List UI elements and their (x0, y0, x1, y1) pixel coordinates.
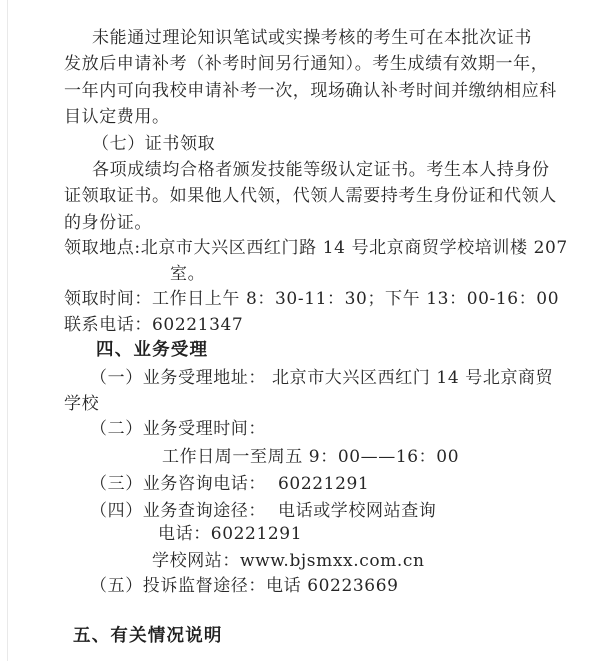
query-channel-line: （四）业务查询途径： 电话或学校网站查询 (90, 501, 436, 521)
paragraph-line: 的身份证。 (64, 213, 152, 233)
paragraph-line: 一年内可向我校申请补考一次，现场确认补考时间并缴纳相应科 (64, 81, 557, 101)
paragraph-line: 证领取证书。如果他人代领，代领人需要持考生身份证和代领人 (64, 186, 557, 206)
paragraph-line: 未能通过理论知识笔试或实操考核的考生可在本批次证书 (92, 28, 532, 48)
query-phone-line: 电话：60221291 (158, 524, 302, 544)
pickup-address-continuation: 室。 (170, 264, 205, 284)
business-address-line: （一）业务受理地址： 北京市大兴区西红门 14 号北京商贸 (90, 368, 553, 388)
section-heading-related-notes: 五、有关情况说明 (73, 626, 223, 646)
pickup-address-line: 领取地点:北京市大兴区西红门路 14 号北京商贸学校培训楼 207 (64, 238, 568, 258)
paragraph-line: 发放后申请补考（补考时间另行通知）。考生成绩有效期一年， (64, 54, 548, 74)
complaint-channel-line: （五）投诉监督途径：电话 60223669 (90, 576, 399, 596)
section-heading-business-acceptance: 四、业务受理 (96, 340, 208, 360)
paragraph-line: 各项成绩均合格者颁发技能等级认定证书。考生本人持身份 (92, 160, 550, 180)
paragraph-line: 目认定费用。 (64, 107, 170, 127)
school-website-line: 学校网站：www.bjsmxx.com.cn (152, 551, 425, 571)
contact-phone-line: 联系电话：60221347 (64, 315, 243, 335)
section-subheading-certificate-pickup: （七）证书领取 (92, 134, 215, 154)
business-hours-label: （二）业务受理时间： (90, 419, 266, 439)
consult-phone-line: （三）业务咨询电话： 60221291 (90, 474, 369, 494)
business-address-continuation: 学校 (64, 394, 99, 414)
document-page: 未能通过理论知识笔试或实操考核的考生可在本批次证书 发放后申请补考（补考时间另行… (0, 0, 596, 661)
business-hours-value: 工作日周一至周五 9：00——16：00 (162, 447, 459, 467)
page-edge-divider (7, 0, 8, 661)
pickup-time-line: 领取时间：工作日上午 8：30-11：30；下午 13：00-16：00 (64, 289, 559, 309)
